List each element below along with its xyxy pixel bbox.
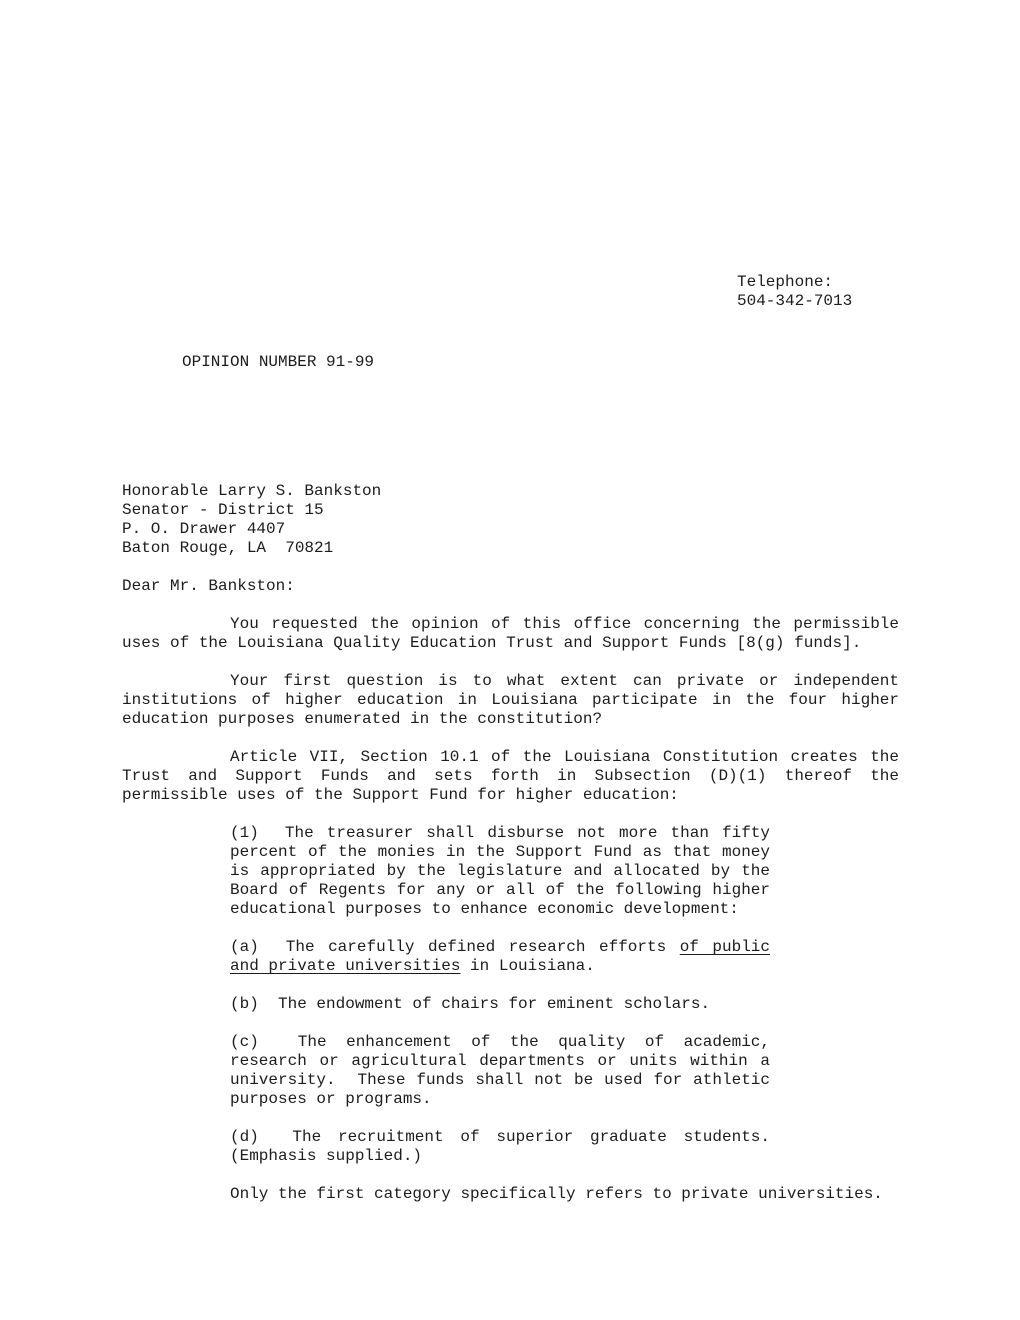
recipient-address-block: Honorable Larry S. Bankston Senator - Di…: [122, 482, 899, 558]
paragraph-article-vii: Article VII, Section 10.1 of the Louisia…: [122, 748, 899, 805]
document-page: Telephone: 504-342-7013 OPINION NUMBER 9…: [0, 0, 1020, 1320]
quote-item-1-text: (1) The treasurer shall disburse not mor…: [230, 824, 770, 918]
quote-item-d-text: (d) The recruitment of superior graduate…: [230, 1128, 770, 1165]
quote-item-b-text: (b) The endowment of chairs for eminent …: [230, 995, 710, 1013]
quote-item-a: (a) The carefully defined research effor…: [230, 938, 770, 976]
quote-item-1: (1) The treasurer shall disburse not mor…: [230, 824, 770, 919]
opinion-number: OPINION NUMBER 91-99: [182, 353, 899, 372]
recipient-title: Senator - District 15: [122, 501, 899, 520]
recipient-city-state-zip: Baton Rouge, LA 70821: [122, 539, 899, 558]
paragraph-first-question: Your first question is to what extent ca…: [122, 672, 899, 729]
quote-item-a-suffix: in Louisiana.: [460, 957, 594, 975]
recipient-po-box: P. O. Drawer 4407: [122, 520, 899, 539]
paragraph-request: You requested the opinion of this office…: [122, 615, 899, 653]
quote-item-d: (d) The recruitment of superior graduate…: [230, 1128, 770, 1166]
quote-item-b: (b) The endowment of chairs for eminent …: [230, 995, 770, 1014]
quote-item-a-prefix: (a) The carefully defined research effor…: [230, 938, 680, 956]
salutation: Dear Mr. Bankston:: [122, 577, 899, 596]
quote-item-c: (c) The enhancement of the quality of ac…: [230, 1033, 770, 1109]
telephone-label: Telephone:: [737, 273, 899, 292]
telephone-number: 504-342-7013: [737, 292, 899, 311]
telephone-block: Telephone: 504-342-7013: [737, 273, 899, 311]
recipient-name: Honorable Larry S. Bankston: [122, 482, 899, 501]
quote-item-c-text: (c) The enhancement of the quality of ac…: [230, 1033, 770, 1108]
paragraph-closing: Only the first category specifically ref…: [122, 1185, 899, 1204]
